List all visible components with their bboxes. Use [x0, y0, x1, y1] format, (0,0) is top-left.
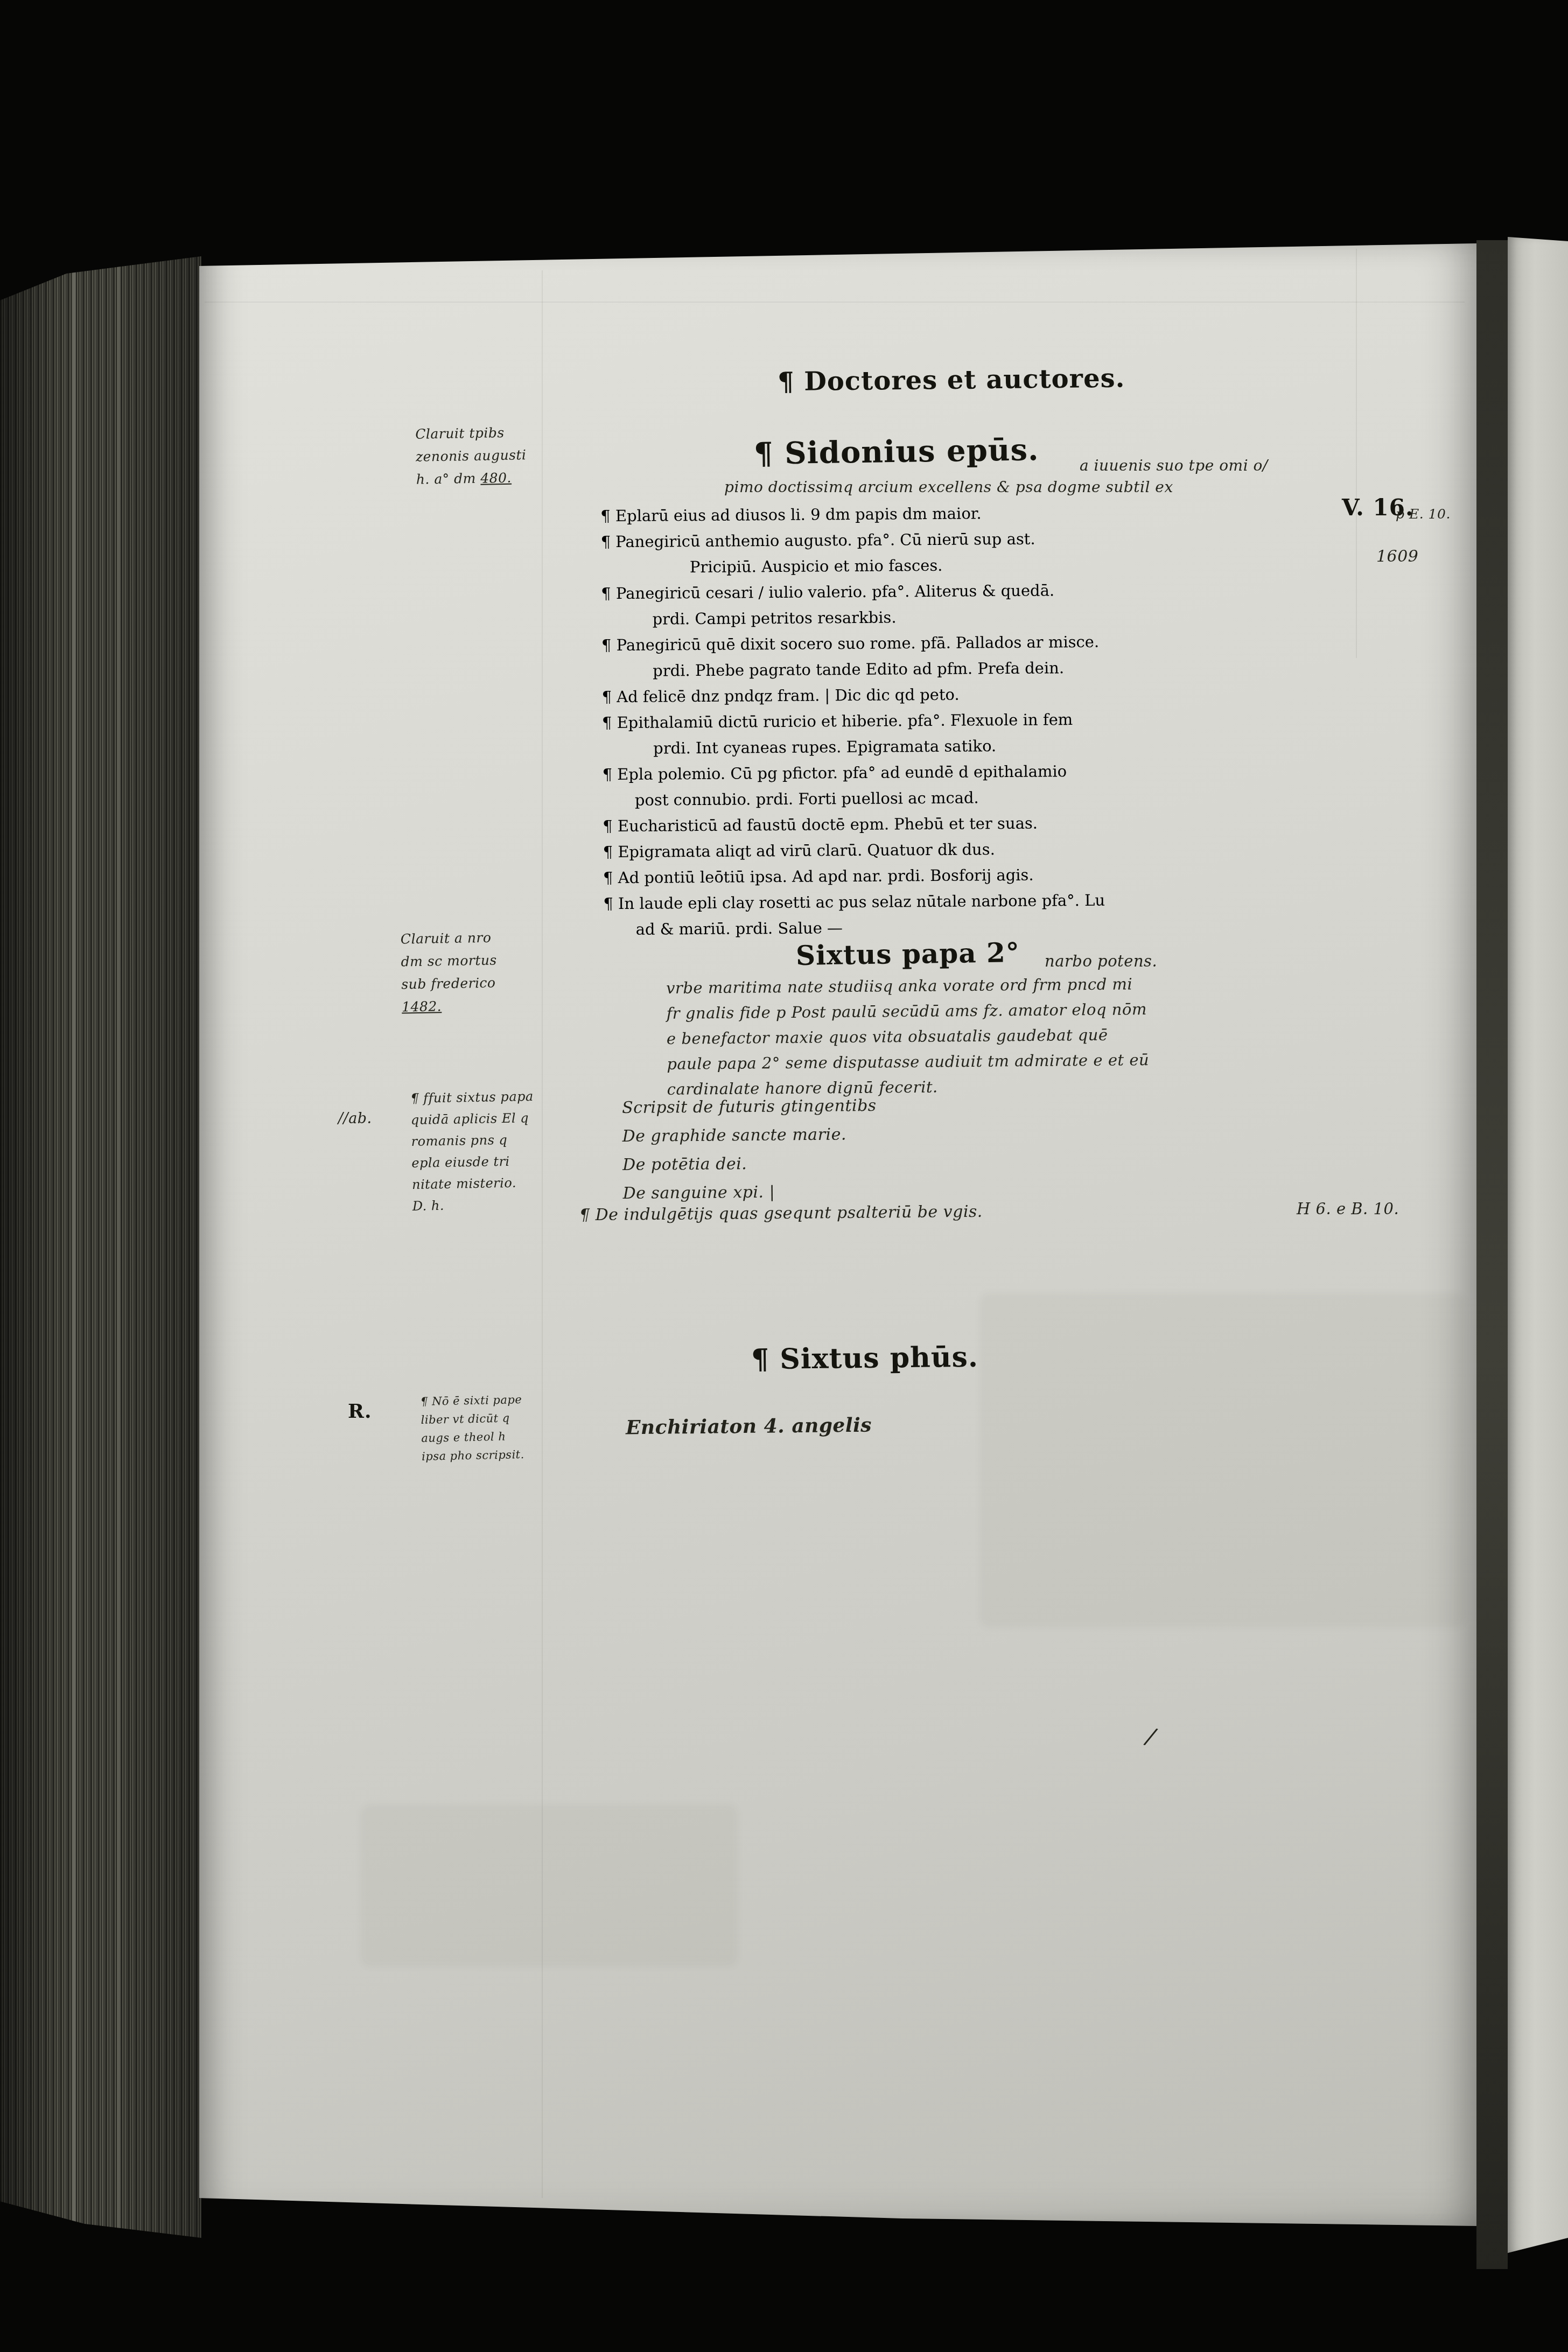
- sidonius-heading-tail: a iuuenis suo tpe omi o/: [1080, 457, 1268, 474]
- entry-line: prdi. Campi petritos resarkbis.: [653, 607, 1103, 636]
- sidonius-entry-list: ¶ Eplarū eius ad diusos li. 9 dm papis d…: [600, 503, 1105, 946]
- section-heading-sidonius: ¶ Sidonius epūs.: [754, 432, 1039, 471]
- margin-note-line: augs e theol h: [421, 1427, 524, 1447]
- sixtus-papa-heading-tail: narbo potens.: [1045, 952, 1157, 970]
- ink-showthrough: [980, 1293, 1465, 1627]
- year-died: 1482.: [402, 994, 498, 1018]
- gutter-shadow: [1476, 240, 1508, 2269]
- entry-line: ¶ Epla polemio. Cū pg pfictor. pfa° ad e…: [603, 762, 1104, 792]
- entry-line: ¶ Eucharisticū ad faustū doctē epm. Pheb…: [603, 814, 1104, 843]
- margin-note-line: ¶ Nō ē sixti pape: [421, 1390, 523, 1411]
- margin-note-line: Claruit tpibs: [415, 421, 526, 446]
- margin-note-claruit-mid: Claruit a nro dm sc mortus sub frederico…: [401, 926, 498, 1018]
- ruling-line: [205, 302, 1465, 303]
- biography-line: fr gnalis fide p Post paulū secūdū ams f…: [666, 1000, 1149, 1030]
- margin-note-line: quidā aplicis El q: [411, 1107, 534, 1131]
- sixtus-papa-biography: vrbe maritima nate studiisq anka vorate …: [666, 975, 1150, 1105]
- margin-note-line: ¶ ffuit sixtus papa: [410, 1086, 534, 1109]
- shelfmark-h6: H 6. e B. 10.: [1297, 1200, 1399, 1218]
- page-crease: [1356, 249, 1357, 658]
- photograph-of-manuscript: ¶ Doctores et auctores. Claruit tpibs ze…: [0, 0, 1568, 2352]
- biography-line: e benefactor maxie quos vita obsuatalis …: [667, 1025, 1149, 1055]
- margin-note-line: ipsa pho scripsit.: [422, 1445, 524, 1466]
- margin-note-line: romanis pns q: [411, 1129, 534, 1152]
- entry-line: ¶ Ad pontiū leōtiū ipsa. Ad apd nar. prd…: [603, 865, 1105, 895]
- margin-note-line: D. h.: [412, 1193, 535, 1217]
- book-fore-edge: [0, 252, 201, 2241]
- section-heading-sixtus-phus: ¶ Sixtus phūs.: [751, 1341, 979, 1376]
- sidonius-intro-line: pimo doctissimq arcium excellens & psa d…: [724, 478, 1173, 496]
- entry-line: prdi. Int cyaneas rupes. Epigramata sati…: [653, 736, 1104, 765]
- sixtus-papa-works-list: Scripsit de futuris gtingentibs De graph…: [622, 1096, 877, 1213]
- year-flourished: 480.: [480, 470, 512, 486]
- shelfmark-e10: p E. 10.: [1396, 506, 1451, 522]
- facing-page-edge: [1508, 237, 1568, 2253]
- margin-note-line: dm sc mortus: [401, 949, 497, 973]
- indulgence-line: ¶ De indulgētijs quas gsequnt psalteriū …: [579, 1202, 983, 1225]
- margin-note-claruit-top: Claruit tpibs zenonis augusti h. a° dm 4…: [415, 421, 527, 491]
- margin-mark-r: R.: [348, 1400, 372, 1423]
- leaf-highlight-streak: [73, 252, 76, 2241]
- entry-line: post connubio. prdi. Forti puellosi ac m…: [635, 788, 1104, 817]
- entry-line: Pricipiū. Auspicio et mio fasces.: [690, 555, 1103, 584]
- leaf-highlight-streak: [117, 252, 121, 2241]
- page-title: ¶ Doctores et auctores.: [778, 363, 1125, 397]
- margin-note-line: h. a° dm 480.: [416, 466, 527, 491]
- entry-line: ¶ In laude epli clay rosetti ac pus sela…: [603, 891, 1105, 921]
- margin-note-line: sub frederico: [401, 971, 498, 996]
- entry-line: ¶ Eplarū eius ad diusos li. 9 dm papis d…: [600, 503, 1102, 533]
- margin-note-line: zenonis augusti: [416, 444, 527, 468]
- margin-mark-ab: //ab.: [338, 1110, 372, 1127]
- entry-line: ¶ Ad felicē dnz pndqz fram. | Dic dic qd…: [602, 684, 1104, 714]
- entry-line: ¶ Epigramata aliqt ad virū clarū. Quatuo…: [603, 839, 1105, 869]
- ink-showthrough: [361, 1805, 738, 1966]
- entry-line: ¶ Panegiricū anthemio augusto. pfa°. Cū …: [600, 529, 1102, 559]
- margin-note-line-text: h. a° dm: [416, 471, 476, 487]
- sixtus-phus-work-line: Enchiriaton 4. angelis: [626, 1414, 872, 1439]
- margin-note-line: liber vt dicūt q: [421, 1409, 523, 1429]
- margin-note-sixtus: ¶ ffuit sixtus papa quidā aplicis El q r…: [410, 1086, 536, 1217]
- section-heading-sixtus-papa: Sixtus papa 2°: [796, 936, 1020, 971]
- work-line: De potētia dei.: [622, 1153, 877, 1184]
- work-line: Scripsit de futuris gtingentibs: [622, 1096, 877, 1127]
- margin-note-line: nitate misterio.: [412, 1172, 535, 1195]
- entry-line: prdi. Phebe pagrato tande Edito ad pfm. …: [653, 659, 1103, 688]
- entry-line: ¶ Panegiricū quē dixit socero suo rome. …: [601, 633, 1103, 662]
- biography-line: paule papa 2° seme disputasse audiuit tm…: [667, 1051, 1149, 1080]
- margin-note-phus: ¶ Nō ē sixti pape liber vt dicūt q augs …: [421, 1390, 525, 1466]
- work-line: De graphide sancte marie.: [622, 1125, 877, 1156]
- entry-line: ¶ Panegiricū cesari / iulio valerio. pfa…: [601, 581, 1103, 611]
- margin-note-line: Claruit a nro: [401, 926, 497, 950]
- entry-line: ¶ Epithalamiū dictū ruricio et hiberie. …: [602, 710, 1104, 740]
- shelfmark-1609: 1609: [1376, 547, 1418, 566]
- biography-line: vrbe maritima nate studiisq anka vorate …: [666, 975, 1149, 1004]
- margin-note-line: epla eiusde tri: [411, 1150, 535, 1174]
